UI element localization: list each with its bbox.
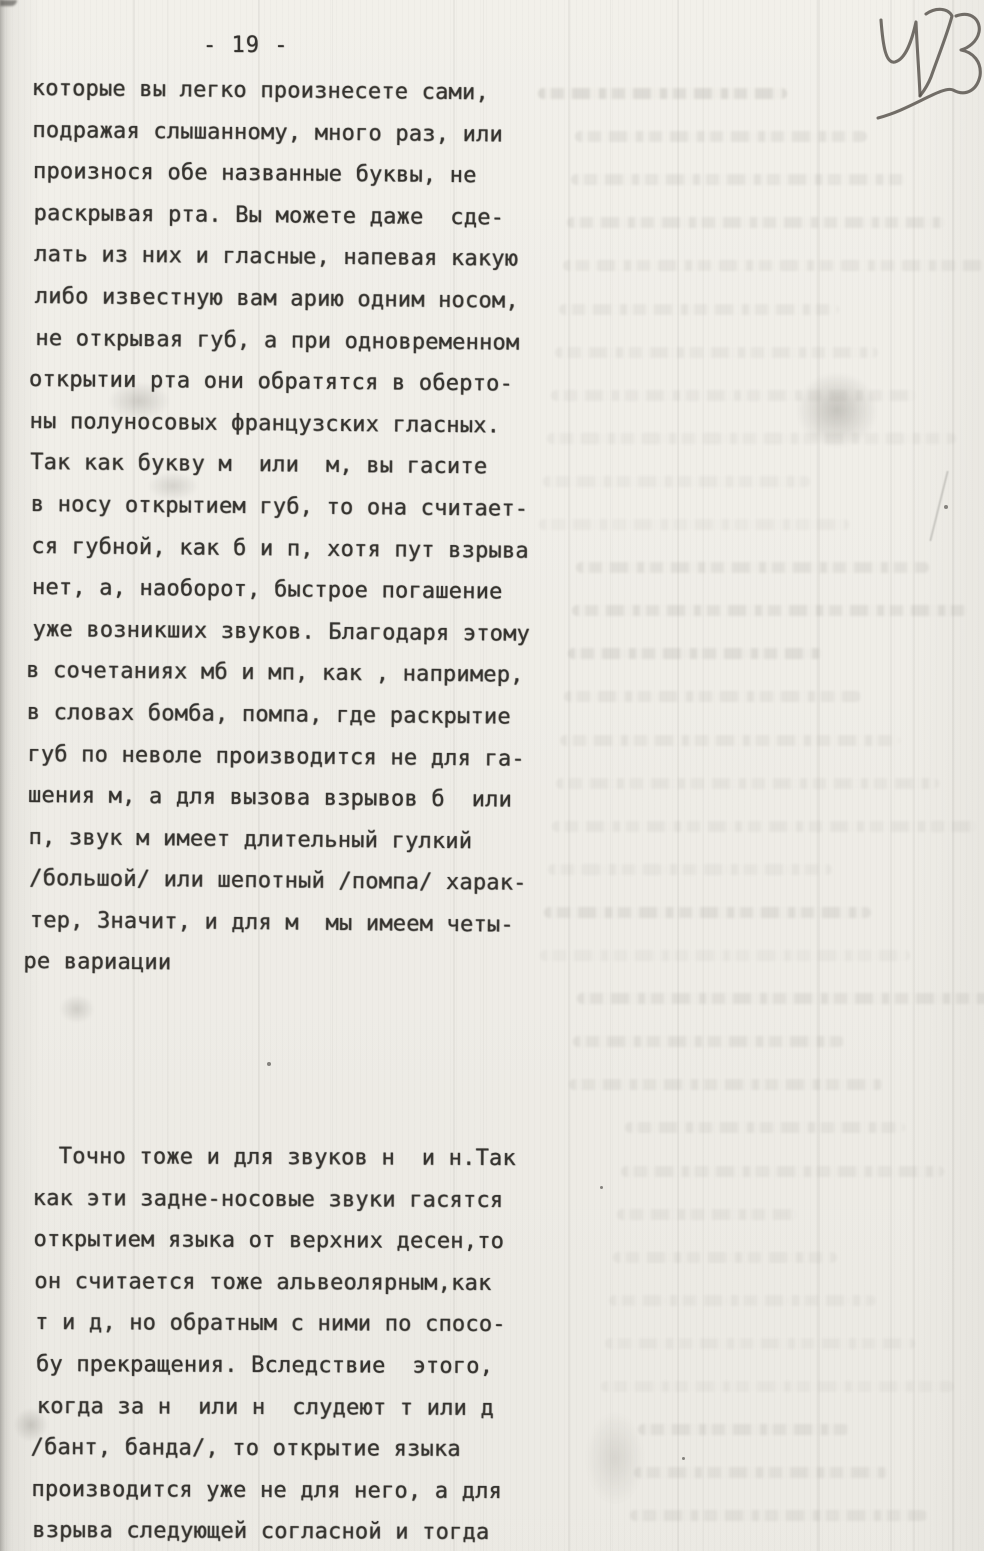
typed-line: бу прекращения. Вследствие этого, (36, 1344, 556, 1388)
ghost-text-line (544, 907, 871, 918)
typed-line: когда за н или н слудеют т или д (37, 1386, 557, 1430)
typed-line: не открывая губ, а при одновременном (35, 318, 555, 365)
paper-speck (944, 505, 948, 509)
typed-line: открытием языка от верхних десен,то (33, 1219, 553, 1263)
ghost-text-line (575, 131, 867, 142)
typed-line: производится уже не для него, а для (31, 1469, 551, 1513)
ghost-text-line (617, 1209, 798, 1220)
typed-line: /бант, банда/, то открытие языка (31, 1427, 551, 1471)
typed-line: либо известную вам арию одним носом, (35, 276, 555, 323)
ghost-text-line (577, 993, 984, 1004)
ghost-text-line (572, 605, 968, 616)
typed-line: уже возникших звуков. Благодаря этому (32, 609, 552, 656)
ghost-text-line (543, 476, 810, 487)
ghost-text-line (564, 691, 861, 702)
ghost-text-line (621, 1166, 944, 1177)
ghost-text-line (568, 648, 822, 659)
typed-line: ре вариации (23, 941, 543, 988)
typed-line: взрыва следующей согласной и тогда (32, 1510, 552, 1551)
typed-line: подражая слышанному, много раз, или (32, 110, 552, 157)
ghost-text-line (559, 304, 839, 315)
ghost-text-line (567, 217, 945, 228)
ghost-text-line (563, 260, 984, 271)
typed-line: которые вы легко произнесете сами, (32, 68, 552, 115)
page-number: - 19 - (203, 33, 288, 58)
typed-line: шения м, а для вызова взрывов б или (28, 775, 548, 822)
pencil-smudge (796, 372, 878, 448)
typed-line: т и д, но обратным с ними по спосо- (35, 1302, 555, 1346)
paper-speck (600, 1186, 603, 1189)
typed-line: в словах бомба, помпа, где раскрытие (27, 692, 547, 739)
typed-line: как эти задне-носовые звуки гасятся (33, 1178, 553, 1222)
typed-line: открытии рта они обратятся в оберто- (29, 359, 549, 406)
ghost-text-line (548, 864, 832, 875)
ghost-text-line (625, 1122, 905, 1133)
typed-line: /большой/ или шепотный /помпа/ харак- (29, 858, 549, 905)
typed-line: п, звук м имеет длительный гулкий (28, 817, 548, 864)
ghost-text-line (538, 88, 787, 99)
ghost-text-line (571, 174, 906, 185)
ghost-text-line (540, 950, 910, 961)
ghost-text-line (605, 1338, 915, 1349)
typed-line: Так как букву м или м, вы гасите (30, 442, 550, 489)
typed-line: нет, а, наоборот, быстрое погашение (32, 567, 552, 614)
typed-line: в носу открытием губ, то она считает- (31, 484, 551, 531)
ghost-text-line (638, 1424, 849, 1435)
typed-line: ны полуносовых французских гласных. (29, 401, 549, 448)
typed-line: ся губной, как б и п, хотя пут взрыва (31, 526, 551, 573)
ghost-text-line (560, 735, 900, 746)
ghost-text-line (556, 778, 939, 789)
ghost-text-line (609, 1295, 876, 1306)
typed-line: Точно тоже и для звуков н и н.Так (32, 1136, 552, 1180)
typed-line: тер, Значит, и для м мы имеем четы- (30, 900, 550, 947)
paper-speck (267, 1062, 271, 1066)
ghost-text-line (539, 519, 849, 530)
typed-paragraph-1: которые вы легко произнесете сами,подраж… (26, 68, 555, 988)
scanned-typewritten-page: - 19 - которые вы легко произнесете сами… (0, 0, 984, 1551)
ghost-text-line (613, 1252, 837, 1263)
pencil-smudge (60, 995, 94, 1023)
ghost-text-line (573, 1036, 844, 1047)
typed-line: произнося обе названные буквы, не (33, 151, 553, 198)
pencil-smudge (586, 1412, 644, 1504)
typed-line: он считается тоже альвеолярным,как (34, 1261, 554, 1305)
ghost-text-line (601, 1381, 954, 1392)
ghost-text-line (551, 390, 917, 401)
ghost-text-line (630, 1510, 927, 1521)
typed-line: раскрывая рта. Вы можете даже сде- (33, 193, 553, 240)
page-left-edge-shadow (0, 0, 12, 1551)
ghost-text-line (547, 433, 956, 444)
typed-paragraph-2: Точно тоже и для звуков н и н.Таккак эти… (33, 1136, 555, 1551)
typed-line: губ по неволе производится не для га- (27, 733, 547, 780)
ghost-text-line (555, 347, 878, 358)
ghost-text-line (552, 821, 978, 832)
ghost-text-line (634, 1467, 888, 1478)
typed-line: лать из них и гласные, напевая какую (34, 234, 554, 281)
handwritten-page-number (848, 2, 984, 128)
ghost-text-line (576, 562, 929, 573)
paper-speck (682, 1457, 685, 1460)
top-left-edge-mark (0, 0, 17, 6)
ghost-text-line (569, 1079, 883, 1090)
typed-line: в сочетаниях мб и мп, как , например, (26, 650, 546, 697)
